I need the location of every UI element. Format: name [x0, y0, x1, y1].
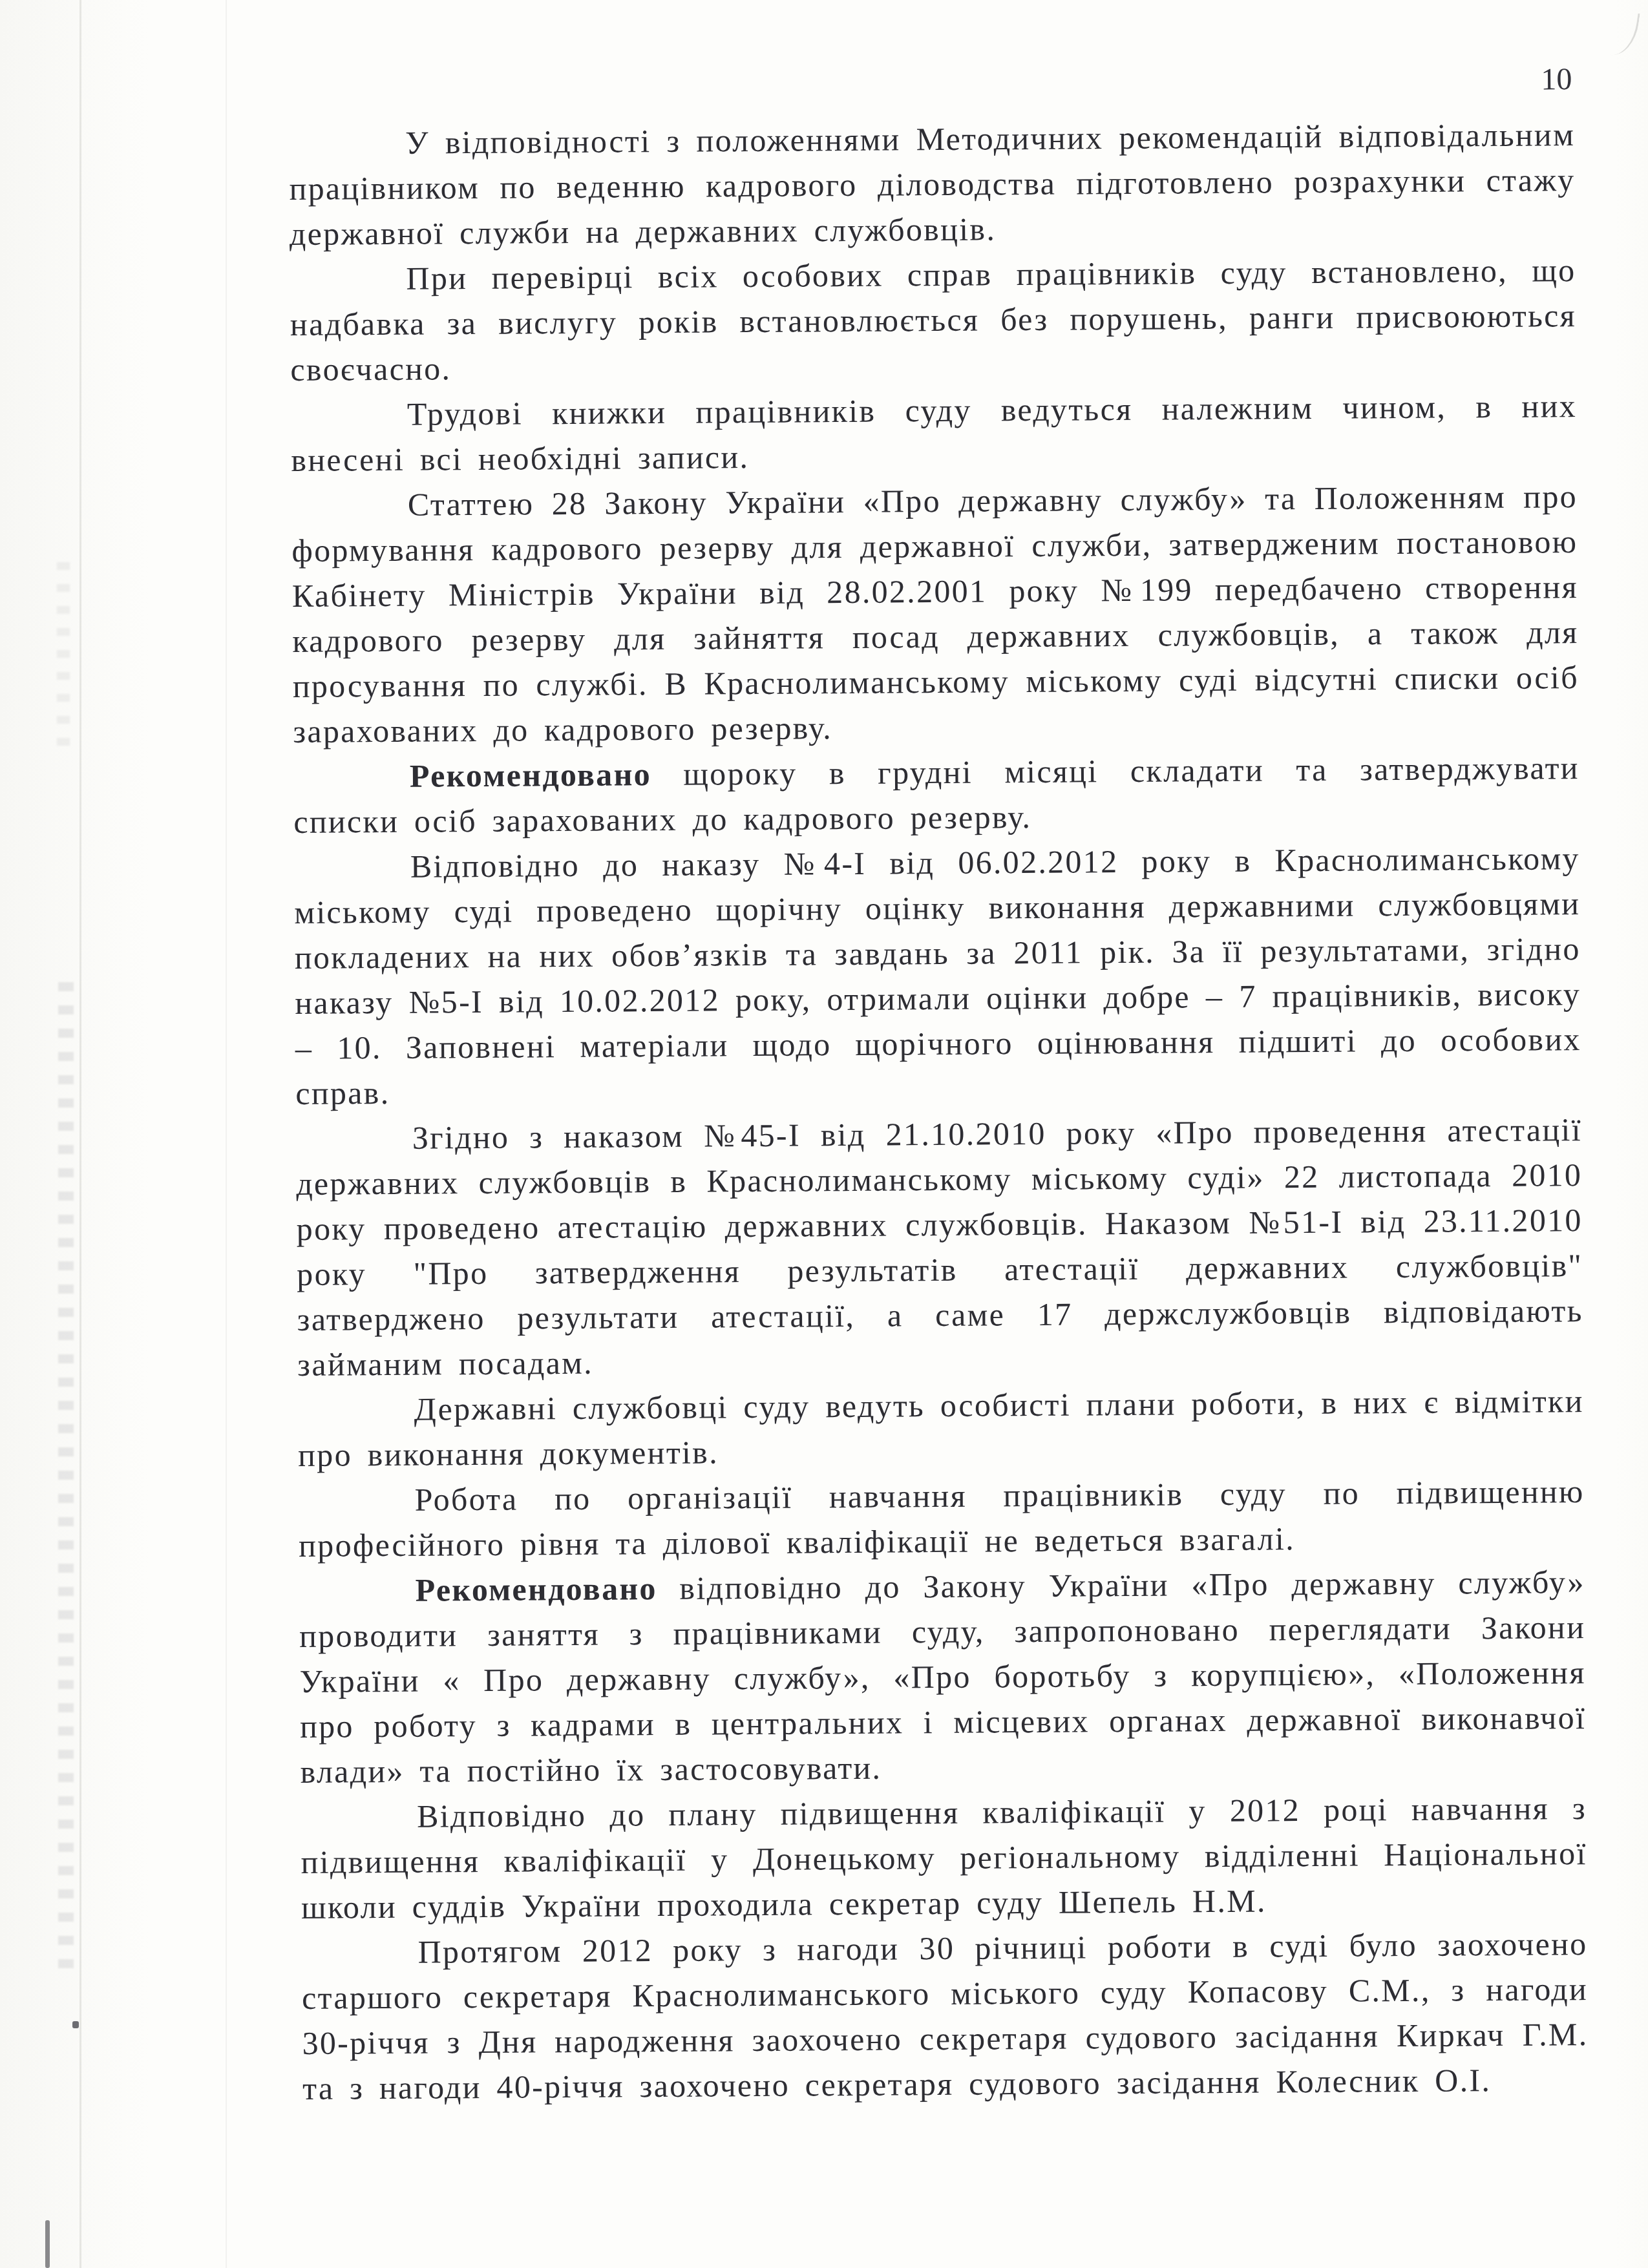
- paragraph-text: Робота по організації навчання працівник…: [299, 1473, 1585, 1564]
- bleedthrough-smudge-lower: [58, 982, 74, 1977]
- paragraph-text: Трудові книжки працівників суду ведуться…: [291, 388, 1577, 478]
- paragraph-text: Статтею 28 Закону України «Про державну …: [291, 478, 1579, 750]
- paragraph-text: Державні службовці суду ведуть особисті …: [298, 1383, 1584, 1473]
- paragraph-9: Робота по організації навчання працівник…: [298, 1469, 1585, 1568]
- paragraph-text: Згідно з наказом №45-І від 21.10.2010 ро…: [296, 1111, 1583, 1383]
- paragraph-12: Протягом 2012 року з нагоди 30 річниці р…: [301, 1921, 1589, 2111]
- paragraph-1: У відповідності з положеннями Методичних…: [289, 112, 1576, 257]
- paragraph-7: Згідно з наказом №45-І від 21.10.2010 ро…: [296, 1107, 1584, 1387]
- paragraph-text: Відповідно до наказу №4-І від 06.02.2012…: [294, 840, 1581, 1111]
- paragraph-text: У відповідності з положеннями Методичних…: [289, 116, 1575, 252]
- paragraph-6: Відповідно до наказу №4-І від 06.02.2012…: [294, 835, 1582, 1116]
- scanner-streak-left: [79, 0, 81, 2268]
- paragraph-10-recommendation: Рекомендовано відповідно до Закону Украї…: [299, 1559, 1586, 1794]
- paragraph-text: При перевірці всіх особових справ праців…: [290, 252, 1576, 388]
- paragraph-lead: Рекомендовано: [415, 1570, 657, 1608]
- scan-mark-top-right: [1610, 10, 1640, 58]
- bleedthrough-smudge-upper: [57, 562, 70, 756]
- scanned-page: 10 У відповідності з положеннями Методич…: [0, 0, 1648, 2268]
- scan-dot-artifact: [72, 2021, 79, 2028]
- text-block: 10 У відповідності з положеннями Методич…: [288, 57, 1589, 2111]
- paragraph-text: Протягом 2012 року з нагоди 30 річниці р…: [302, 1926, 1589, 2106]
- paragraph-text: Відповідно до плану підвищення кваліфіка…: [301, 1790, 1587, 1926]
- paragraph-2: При перевірці всіх особових справ праців…: [290, 247, 1576, 392]
- paragraph-4: Статтею 28 Закону України «Про державну …: [291, 474, 1579, 754]
- page-number: 10: [288, 57, 1574, 111]
- paragraph-8: Державні службовці суду ведуть особисті …: [297, 1378, 1584, 1478]
- scanner-streak-inner: [226, 0, 227, 2268]
- paragraph-lead: Рекомендовано: [410, 756, 651, 794]
- paragraph-3: Трудові книжки працівників суду ведуться…: [291, 383, 1578, 483]
- paragraph-5-recommendation: Рекомендовано щороку в грудні місяці скл…: [293, 745, 1580, 845]
- scan-mark-bottom-left: [45, 2220, 50, 2268]
- paragraph-11: Відповідно до плану підвищення кваліфіка…: [301, 1785, 1587, 1930]
